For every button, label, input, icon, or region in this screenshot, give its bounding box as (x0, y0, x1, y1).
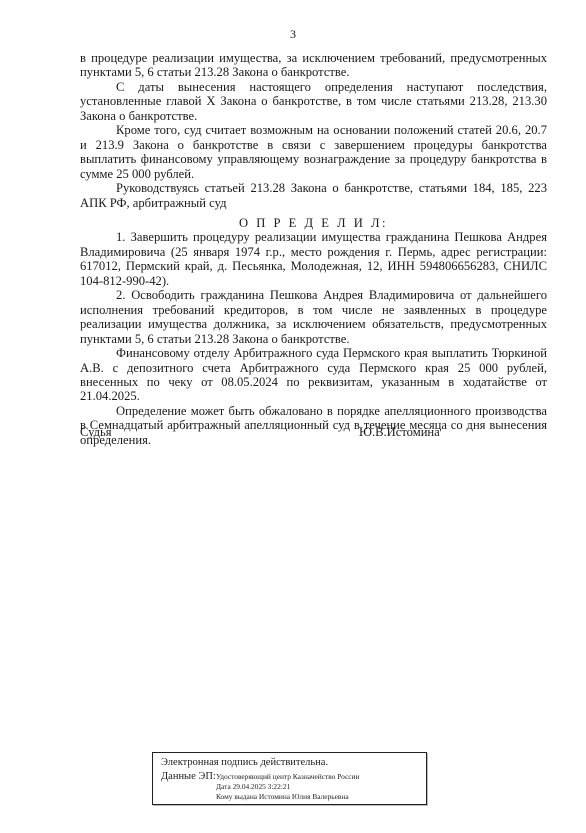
paragraph-continuation: в процедуре реализации имущества, за иск… (80, 51, 547, 80)
document-body: в процедуре реализации имущества, за иск… (80, 51, 547, 447)
ep-label: Данные ЭП: (161, 770, 216, 783)
ep-issued-to: Кому выдана Истомина Юлия Валерьевна (216, 792, 359, 802)
judge-name: Ю.В.Истомина (359, 424, 440, 440)
paragraph-legal-basis: Руководствуясь статьей 213.28 Закона о б… (80, 181, 547, 210)
page-number: 3 (0, 27, 586, 41)
electronic-signature-stamp: Электронная подпись действительна. Данны… (152, 752, 427, 805)
paragraph-consequences: С даты вынесения настоящего определения … (80, 80, 547, 123)
ruling-heading: О П Р Е Д Е Л И Л: (80, 216, 547, 230)
ep-issuer: Удостоверяющий центр Казначейство России (216, 772, 359, 782)
judge-role: Судья (80, 424, 112, 440)
judge-signature-line: Судья Ю.В.Истомина (80, 424, 547, 440)
ep-status: Электронная подпись действительна. (161, 756, 328, 769)
paragraph-remuneration: Кроме того, суд считает возможным на осн… (80, 123, 547, 181)
resolution-payment: Финансовому отделу Арбитражного суда Пер… (80, 346, 547, 404)
resolution-item-2: 2. Освободить гражданина Пешкова Андрея … (80, 288, 547, 346)
resolution-item-1: 1. Завершить процедуру реализации имущес… (80, 230, 547, 288)
ep-date: Дата 29.04.2025 3:22:21 (216, 782, 359, 792)
ep-details: Удостоверяющий центр Казначейство России… (216, 772, 359, 802)
